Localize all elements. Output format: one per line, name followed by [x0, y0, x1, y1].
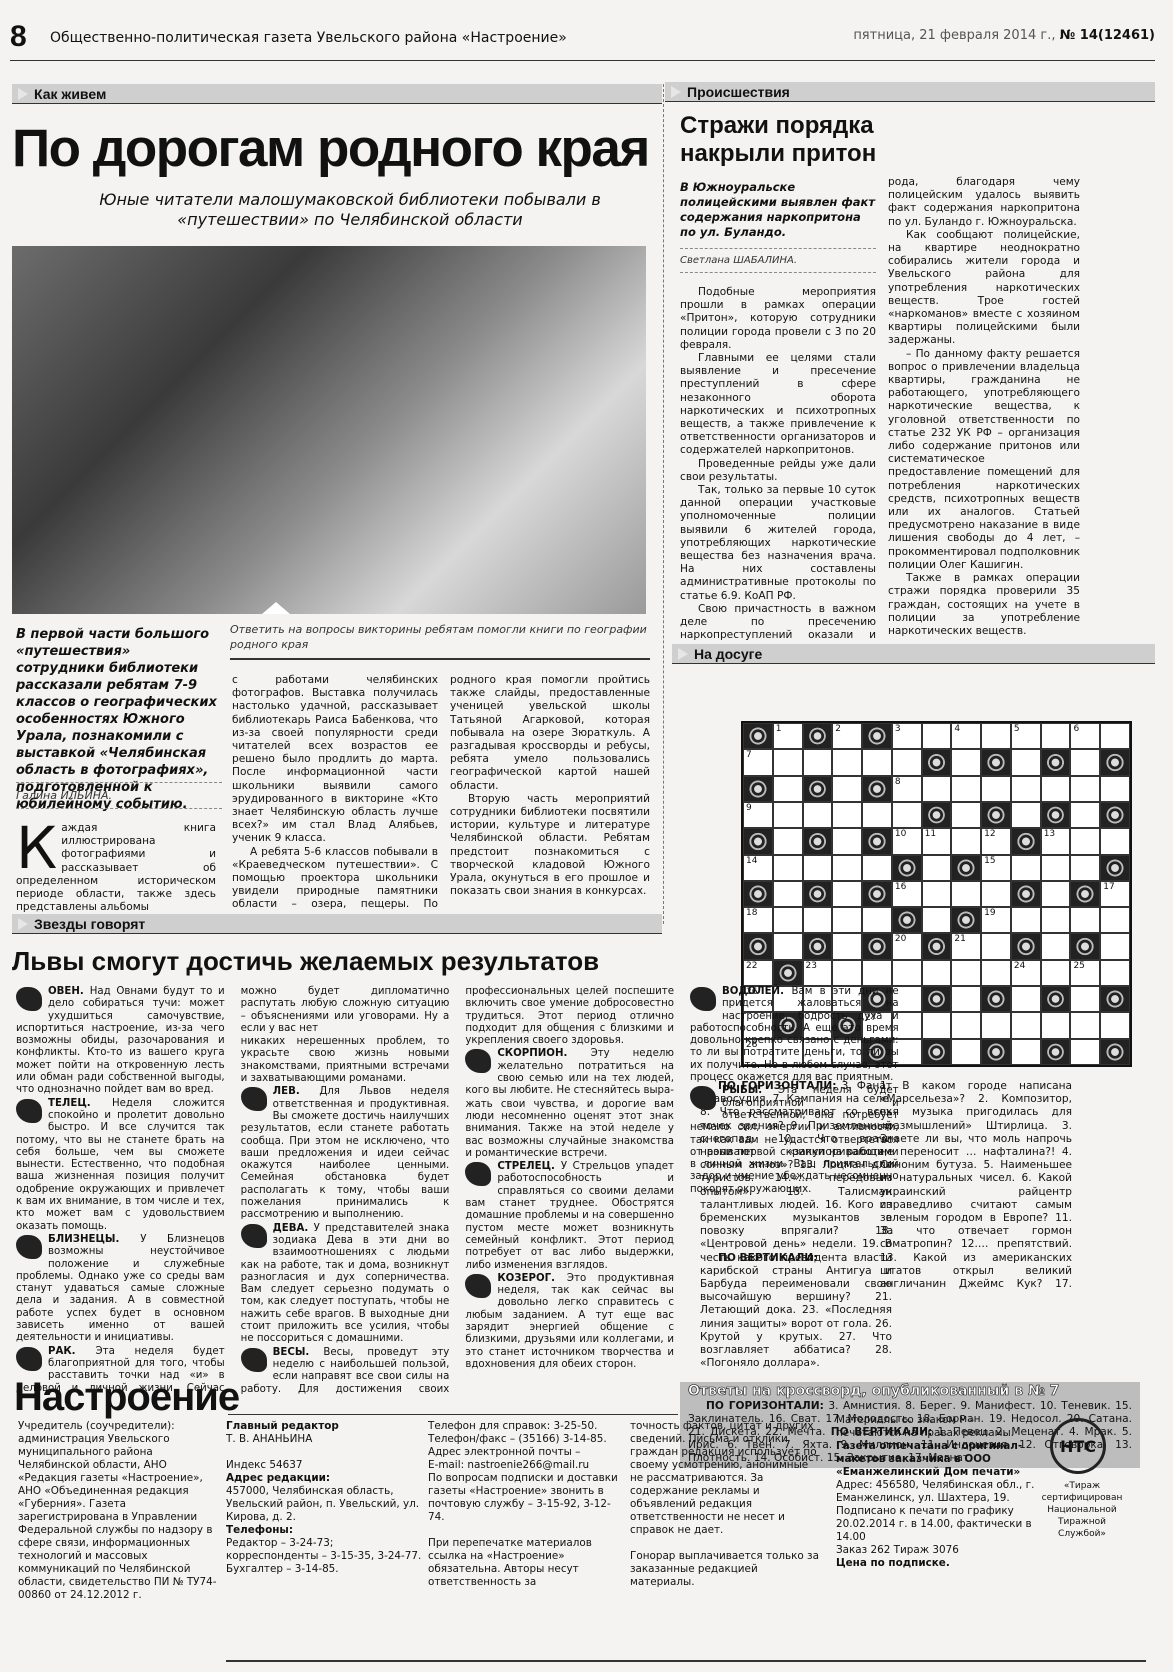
article-title: По дорогам родного края [12, 118, 652, 180]
paragraph: – По данному факту решается вопрос о при… [888, 348, 1080, 572]
crossword-cell[interactable] [1041, 723, 1071, 749]
horoscope-entry: БЛИЗНЕЦЫ. У Близнецов возможны неустойчи… [16, 1234, 225, 1345]
crossword-block-cell [862, 828, 892, 854]
crossword-cell[interactable]: 23 [803, 960, 833, 986]
zodiac-sign-text: никаких нерешенных проблем, то украсьте … [241, 1036, 450, 1084]
crossword-cell[interactable] [981, 1012, 1011, 1038]
crossword-cell[interactable] [773, 749, 803, 775]
zodiac-sign-name: СТРЕЛЕЦ. [497, 1161, 561, 1172]
crossword-cell[interactable] [922, 723, 952, 749]
virgo-icon [241, 1224, 267, 1248]
price: Цена по подписке. [836, 1557, 950, 1569]
responsibility-notice: точность фактов, цитат и других сведений… [630, 1420, 817, 1536]
crossword-block-cell [743, 776, 773, 802]
address: 457000, Челябинская область, Увельский р… [226, 1485, 419, 1523]
crossword-cell[interactable] [773, 855, 803, 881]
crossword-block-cell [892, 855, 922, 881]
zodiac-sign-name: ТЕЛЕЦ. [48, 1098, 112, 1109]
info-phone: Телефон для справок: 3-25-50. [428, 1420, 597, 1432]
horoscope-entry: СКОРПИОН. Эту неделю желательно потратит… [465, 1048, 674, 1097]
crossword-block-cell [981, 1039, 1011, 1065]
crossword-cell[interactable] [1011, 749, 1041, 775]
crossword-cell[interactable] [1041, 776, 1071, 802]
horoscope-entry: ЛЕВ. Для Львов неделя ответственная и пр… [241, 1086, 450, 1221]
crossword-block-cell [862, 933, 892, 959]
crossword-block-cell [1070, 933, 1100, 959]
crossword-cell[interactable]: 1 [773, 723, 803, 749]
answers-across-label: ПО ГОРИЗОНТАЛИ: [706, 1400, 824, 1412]
zodiac-sign-text: Неделя сложится спокойно и пролетит дово… [16, 1098, 225, 1232]
crossword-cell[interactable]: 25 [1070, 960, 1100, 986]
section-na-dosuge: На досуге [672, 644, 1155, 664]
email-label: Адрес электронной почты – [428, 1446, 580, 1458]
zodiac-sign-name: ЛЕВ. [273, 1086, 320, 1097]
zodiac-sign-text: У представителей знака зодиака Дева в эт… [241, 1223, 450, 1345]
phone-editor: Редактор – 3-24-73; [226, 1537, 333, 1549]
crossword-cell[interactable] [1070, 1039, 1100, 1065]
crossword-block-cell [1011, 933, 1041, 959]
crossword-cell[interactable] [803, 907, 833, 933]
crossword-cell[interactable] [832, 828, 862, 854]
crossword-cell[interactable]: 16 [892, 881, 922, 907]
reprint-notice: При перепечатке материалов ссылка на «На… [428, 1537, 592, 1588]
phone-correspondents: корреспонденты – 3-15-35, 3-24-77. [226, 1550, 421, 1562]
crossword-clues-col3: 1. В каком городе написана «Марсельеза»?… [880, 1080, 1072, 1290]
crossword-cell[interactable] [832, 933, 862, 959]
article-col1: К аждая книга иллюстрирована фотографиям… [16, 822, 216, 914]
zodiac-sign-text: жать свои чувства, и дорогие вам люди не… [465, 1099, 674, 1159]
certification-logo-icon: НТС [1050, 1418, 1106, 1474]
crossword-block-cell [1100, 986, 1130, 1012]
subscription-info: По вопросам подписки и доставки газеты «… [428, 1472, 618, 1523]
incident-title: Стражи порядка накрыли притон [680, 112, 960, 168]
crossword-cell[interactable] [951, 776, 981, 802]
footer-rule-top [228, 1414, 678, 1415]
crossword-cell[interactable]: 22 [743, 960, 773, 986]
phone-accountant: Бухгалтер – 3-14-85. [226, 1563, 339, 1575]
zodiac-sign-text: У Стрельцов упадет работоспособность и с… [465, 1161, 674, 1270]
section-label: Происшествия [687, 84, 790, 100]
crossword-cell[interactable] [981, 776, 1011, 802]
editor-name: Т. В. АНАНЬИНА [226, 1433, 312, 1445]
crossword-cell[interactable] [832, 855, 862, 881]
crossword-cell[interactable]: 20 [892, 933, 922, 959]
article-col3: родного края помогли пройтись также слай… [450, 674, 650, 898]
crossword-cell[interactable] [803, 855, 833, 881]
section-label: Звезды говорят [34, 916, 145, 932]
crossword-cell[interactable]: 17 [1100, 881, 1130, 907]
crossword-block-cell [922, 1039, 952, 1065]
incident-col2: рода, благодаря чему полицейским удалось… [888, 176, 1080, 638]
crossword-block-cell [803, 776, 833, 802]
answers-title: Ответы на кроссворд, опубликованный в № … [688, 1385, 1132, 1398]
zodiac-sign-text: Вам в эти дни не придется жаловаться на … [690, 986, 899, 1083]
crossword-cell[interactable] [922, 960, 952, 986]
crossword-cell[interactable] [862, 907, 892, 933]
dropcap: К [16, 822, 57, 874]
zodiac-sign-name: КОЗЕРОГ. [497, 1273, 567, 1284]
article-subtitle: Юные читатели малошумаковской библиотеки… [60, 190, 640, 230]
paragraph: рода, благодаря чему полицейским удалось… [888, 176, 1080, 229]
zodiac-sign-name: РЫБЫ. [722, 1085, 778, 1096]
zodiac-sign-name: ВЕСЫ. [273, 1347, 324, 1358]
crossword-block-cell [981, 802, 1011, 828]
pisces-icon [690, 1086, 716, 1110]
crossword-cell[interactable] [951, 828, 981, 854]
column-divider [663, 84, 664, 924]
zodiac-sign-text: Эта неделя будет благоприятной и ответст… [690, 1085, 899, 1194]
paragraph: Так, только за первые 10 суток данной оп… [680, 484, 876, 603]
crossword-block-cell [1011, 881, 1041, 907]
crossword-cell[interactable] [922, 855, 952, 881]
address-label: Адрес редакции: [226, 1472, 330, 1484]
crossword-cell[interactable] [1070, 828, 1100, 854]
crossword-block-cell [1041, 802, 1071, 828]
crossword-cell[interactable] [1011, 1012, 1041, 1038]
printer-address: Адрес: 456580, Челябинская обл., г. Еман… [836, 1479, 1034, 1504]
crossword-block-cell [892, 907, 922, 933]
crossword-cell[interactable] [773, 907, 803, 933]
crossword-cell[interactable] [1041, 881, 1071, 907]
crossword-cell[interactable] [862, 960, 892, 986]
crossword-cell[interactable]: 14 [743, 855, 773, 881]
crossword-block-cell [1011, 828, 1041, 854]
footer-editor-block: Главный редактор Т. В. АНАНЬИНА Индекс 5… [226, 1420, 426, 1576]
crossword-cell[interactable] [1041, 933, 1071, 959]
crossword-cell[interactable] [773, 828, 803, 854]
section-zvezdy: Звезды говорят [12, 914, 662, 934]
horoscope-entry: жать свои чувства, и дорогие вам люди не… [465, 1099, 674, 1160]
horoscope-entry: ТЕЛЕЦ. Неделя сложится спокойно и пролет… [16, 1098, 225, 1233]
crossword-cell[interactable] [1011, 855, 1041, 881]
crossword-cell[interactable] [951, 881, 981, 907]
crossword-cell[interactable] [981, 723, 1011, 749]
crossword-cell[interactable] [1100, 933, 1130, 959]
crossword-cell[interactable] [832, 960, 862, 986]
footer-founders: Учредитель (соучредители): администрация… [18, 1420, 218, 1602]
paper-description: Общественно-политическая газета Увельско… [50, 30, 567, 46]
footer-responsibility-block: точность фактов, цитат и других сведений… [630, 1420, 820, 1589]
horoscope-entry: СТРЕЛЕЦ. У Стрельцов упадет работоспособ… [465, 1161, 674, 1272]
ads-note: Материалы со знаком Р – печатаются на пр… [836, 1414, 1014, 1439]
paragraph: Также в рамках операции стражи порядка п… [888, 572, 1080, 638]
fee-notice: Гонорар выплачивается только за заказанн… [630, 1550, 819, 1588]
crossword-cell[interactable] [1041, 907, 1071, 933]
crossword-cell[interactable] [981, 881, 1011, 907]
crossword-cell[interactable] [951, 986, 981, 1012]
crossword-block-cell [922, 933, 952, 959]
incident-lead: В Южноуральске полицейскими выявлен факт… [680, 180, 876, 240]
article-photo [12, 246, 646, 614]
crossword-cell[interactable] [1011, 907, 1041, 933]
crossword-cell[interactable] [1070, 986, 1100, 1012]
crossword-cell[interactable] [1070, 855, 1100, 881]
paragraph: Вторую часть мероприятий сотрудники библ… [450, 793, 650, 899]
crossword-cell[interactable] [951, 960, 981, 986]
crossword-cell[interactable] [1011, 776, 1041, 802]
email-link[interactable]: E-mail: nastroenie266@mail.ru [428, 1459, 589, 1471]
crossword-cell[interactable] [1011, 802, 1041, 828]
crossword-cell[interactable]: 4 [951, 723, 981, 749]
zodiac-sign-text: Это продуктивная неделя, так как сейчас … [465, 1273, 674, 1370]
zodiac-sign-name: ВОДОЛЕЙ. [722, 986, 792, 997]
crossword-cell[interactable] [832, 802, 862, 828]
crossword-cell[interactable] [951, 749, 981, 775]
crossword-cell[interactable] [832, 749, 862, 775]
crossword-cell[interactable] [1070, 1012, 1100, 1038]
horoscope-entry: КОЗЕРОГ. Это продуктивная неделя, так ка… [465, 1273, 674, 1371]
paragraph: А ребята 5-6 классов побывали в «Краевед… [232, 846, 438, 925]
crossword-cell[interactable]: 15 [981, 855, 1011, 881]
printer-info: Газета отпечатана с оригинал-макетов зак… [836, 1440, 1022, 1478]
paragraph: Главными ее целями стали выявление и пре… [680, 352, 876, 458]
crossword-cell[interactable] [1100, 907, 1130, 933]
crossword-cell[interactable]: 12 [981, 828, 1011, 854]
crossword-cell[interactable] [773, 802, 803, 828]
section-proisshestviya: Происшествия [665, 82, 1155, 102]
horoscope-entry: РЫБЫ. Эта неделя будет благоприятной и о… [690, 1085, 899, 1196]
crossword-cell[interactable]: 5 [1011, 723, 1041, 749]
footer-rule-bottom [226, 1660, 1146, 1662]
clues-down-continued: 1. В каком городе написана «Марсельеза»?… [880, 1080, 1072, 1290]
crossword-block-cell [743, 828, 773, 854]
horoscope-body: ОВЕН. Над Овнами будут то и дело собират… [16, 986, 674, 1396]
crossword-block-cell [862, 881, 892, 907]
crossword-block-cell [1100, 749, 1130, 775]
crossword-cell[interactable]: 18 [743, 907, 773, 933]
horoscope-entry: ОВЕН. Над Овнами будут то и дело собират… [16, 986, 225, 1097]
crossword-cell[interactable]: 7 [743, 749, 773, 775]
crossword-cell[interactable] [1011, 1039, 1041, 1065]
crossword-cell[interactable]: 2 [832, 723, 862, 749]
crossword-block-cell [1100, 802, 1130, 828]
crossword-cell[interactable] [1070, 776, 1100, 802]
section-label: Как живем [34, 86, 106, 102]
crossword-cell[interactable] [832, 907, 862, 933]
aquarius-icon [690, 987, 716, 1011]
zodiac-sign-name: ОВЕН. [48, 986, 90, 997]
fax: Телефон/факс – (35166) 3-14-85. [428, 1433, 607, 1445]
paragraph: Проведенные рейды уже дали свои результа… [680, 458, 876, 484]
zodiac-sign-text: Для Львов неделя ответственная и продукт… [241, 1086, 450, 1220]
crossword-cell[interactable] [1070, 907, 1100, 933]
footer-contact-block: Телефон для справок: 3-25-50. Телефон/фа… [428, 1420, 618, 1589]
crossword-cell[interactable] [1041, 960, 1071, 986]
aries-icon [16, 987, 42, 1011]
crossword-block-cell [743, 723, 773, 749]
crossword-cell[interactable] [1100, 1012, 1130, 1038]
section-kak-zhivem: Как живем [12, 84, 662, 104]
page-number: 8 [10, 20, 27, 54]
crossword-cell[interactable]: 21 [951, 933, 981, 959]
crossword-cell[interactable] [1070, 802, 1100, 828]
crossword-block-cell [803, 723, 833, 749]
crossword-block-cell [981, 986, 1011, 1012]
crossword-cell[interactable]: 3 [892, 723, 922, 749]
crossword-block-cell [862, 776, 892, 802]
crossword-cell[interactable] [892, 960, 922, 986]
crossword-cell[interactable] [1100, 776, 1130, 802]
crossword-block-cell [981, 749, 1011, 775]
photo-pointer-icon [262, 602, 290, 614]
crossword-cell[interactable] [1011, 986, 1041, 1012]
issue-date: пятница, 21 февраля 2014 г., [853, 28, 1055, 43]
crossword-block-cell [1100, 855, 1130, 881]
crossword-cell[interactable] [862, 855, 892, 881]
crossword-cell[interactable] [922, 881, 952, 907]
editor-label: Главный редактор [226, 1420, 339, 1432]
crossword-cell[interactable]: 24 [1011, 960, 1041, 986]
cert-logo-text: НТС [1060, 1437, 1096, 1456]
horoscope-title: Львы смогут достичь желаемых результатов [12, 944, 672, 978]
crossword-block-cell [803, 933, 833, 959]
crossword-cell[interactable] [1070, 749, 1100, 775]
crossword-clues-col2: ПО ВЕРТИКАЛИ: 1. В каком городе написана… [700, 1252, 892, 1265]
zodiac-sign-name: ДЕВА. [273, 1223, 314, 1234]
paragraph: с работами челябинских фотографов. Выста… [232, 674, 438, 846]
crossword-block-cell [803, 881, 833, 907]
crossword-cell[interactable] [1100, 960, 1130, 986]
signed-for-print: Подписано к печати по графику 20.02.2014… [836, 1505, 1032, 1543]
crossword-cell[interactable]: 10 [892, 828, 922, 854]
crossword-cell[interactable] [773, 881, 803, 907]
crossword-block-cell [1041, 986, 1071, 1012]
footer-printing-block: Материалы со знаком Р – печатаются на пр… [836, 1414, 1036, 1570]
scorpio-icon [465, 1049, 491, 1073]
crossword-block-cell [803, 828, 833, 854]
taurus-icon [16, 1099, 42, 1123]
capricorn-icon [465, 1274, 491, 1298]
crossword-block-cell [1041, 749, 1071, 775]
crossword-cell[interactable] [922, 776, 952, 802]
crossword-block-cell [951, 855, 981, 881]
masthead: 8 Общественно-политическая газета Увельс… [10, 18, 1155, 58]
crossword-cell[interactable] [1041, 855, 1071, 881]
crossword-cell[interactable] [773, 933, 803, 959]
zodiac-sign-text: Над Овнами будут то и дело собираться ту… [16, 986, 225, 1095]
clues-down-label: ПО ВЕРТИКАЛИ: [718, 1252, 818, 1264]
crossword-block-cell [773, 960, 803, 986]
crossword-cell[interactable] [832, 776, 862, 802]
crossword-cell[interactable] [981, 933, 1011, 959]
certification-text: «Тираж сертифицирован Национальной Тираж… [1040, 1480, 1124, 1540]
section-label: На досуге [694, 646, 762, 662]
crossword-block-cell [922, 749, 952, 775]
issue-number: № 14(12461) [1060, 28, 1155, 43]
crossword-block-cell [922, 802, 952, 828]
crossword-cell[interactable]: 8 [892, 776, 922, 802]
crossword-cell[interactable]: 13 [1041, 828, 1071, 854]
crossword-cell[interactable] [892, 749, 922, 775]
crossword-cell[interactable]: 19 [981, 907, 1011, 933]
gemini-icon [16, 1235, 42, 1259]
horoscope-entry: ДЕВА. У представителей знака зодиака Дев… [241, 1223, 450, 1346]
crossword-block-cell [1041, 1039, 1071, 1065]
order-circulation: Заказ 262 Тираж 3076 [836, 1544, 959, 1556]
crossword-cell[interactable] [862, 802, 892, 828]
article-author: Галина ИЛЬИНА. [16, 782, 222, 809]
crossword-cell[interactable] [862, 749, 892, 775]
paragraph: Как сообщают полицейские, на квартире не… [888, 229, 1080, 348]
horoscope-entry: ВОДОЛЕЙ. Вам в эти дни не придется жалов… [690, 986, 899, 1084]
crossword-cell[interactable] [1100, 723, 1130, 749]
zodiac-sign-text: У Близнецов возможны неустойчивое положе… [16, 1234, 225, 1343]
zodiac-sign-name: БЛИЗНЕЦЫ. [48, 1234, 140, 1245]
sagittarius-icon [465, 1162, 491, 1186]
crossword-block-cell [743, 881, 773, 907]
crossword-cell[interactable] [773, 776, 803, 802]
leo-icon [241, 1087, 267, 1111]
photo-caption: Ответить на вопросы викторины ребятам по… [230, 622, 650, 660]
crossword-cell[interactable] [832, 881, 862, 907]
crossword-block-cell [862, 723, 892, 749]
incident-col1: Подобные мероприятия прошли в рамках опе… [680, 286, 876, 656]
crossword-block-cell [1070, 881, 1100, 907]
crossword-cell[interactable] [803, 749, 833, 775]
horoscope-entry: никаких нерешенных проблем, то украсьте … [241, 1036, 450, 1085]
crossword-cell[interactable] [1100, 828, 1130, 854]
clues-down: ПО ВЕРТИКАЛИ: 1. В каком городе написана… [700, 1252, 892, 1265]
crossword-cell[interactable] [951, 1039, 981, 1065]
zodiac-sign-name: СКОРПИОН. [497, 1048, 590, 1059]
crossword-block-cell [922, 986, 952, 1012]
crossword-block-cell [1100, 1039, 1130, 1065]
paragraph: Подобные мероприятия прошли в рамках опе… [680, 286, 876, 352]
article-col2: с работами челябинских фотографов. Выста… [232, 674, 438, 925]
libra-icon [241, 1348, 267, 1372]
subscription-index: Индекс 54637 [226, 1459, 303, 1471]
crossword-cell[interactable] [981, 960, 1011, 986]
crossword-block-cell [951, 907, 981, 933]
crossword-cell[interactable] [803, 802, 833, 828]
footer-logo: Настроение [14, 1374, 239, 1420]
crossword-cell[interactable] [922, 907, 952, 933]
cancer-icon [16, 1347, 42, 1371]
crossword-cell[interactable] [1041, 1012, 1071, 1038]
issue-info: пятница, 21 февраля 2014 г., № 14(12461) [853, 28, 1155, 43]
crossword-cell[interactable] [951, 1012, 981, 1038]
crossword-cell[interactable]: 6 [1070, 723, 1100, 749]
crossword-block-cell [743, 933, 773, 959]
zodiac-sign-name: РАК. [48, 1346, 96, 1357]
crossword-cell[interactable]: 11 [922, 828, 952, 854]
phones-label: Телефоны: [226, 1524, 293, 1536]
crossword-cell[interactable] [892, 802, 922, 828]
crossword-cell[interactable] [922, 1012, 952, 1038]
masthead-rule [10, 60, 1155, 61]
paragraph: родного края помогли пройтись также слай… [450, 674, 650, 793]
crossword-cell[interactable] [951, 802, 981, 828]
crossword-cell[interactable]: 9 [743, 802, 773, 828]
incident-author: Светлана ШАБАЛИНА. [680, 248, 876, 273]
